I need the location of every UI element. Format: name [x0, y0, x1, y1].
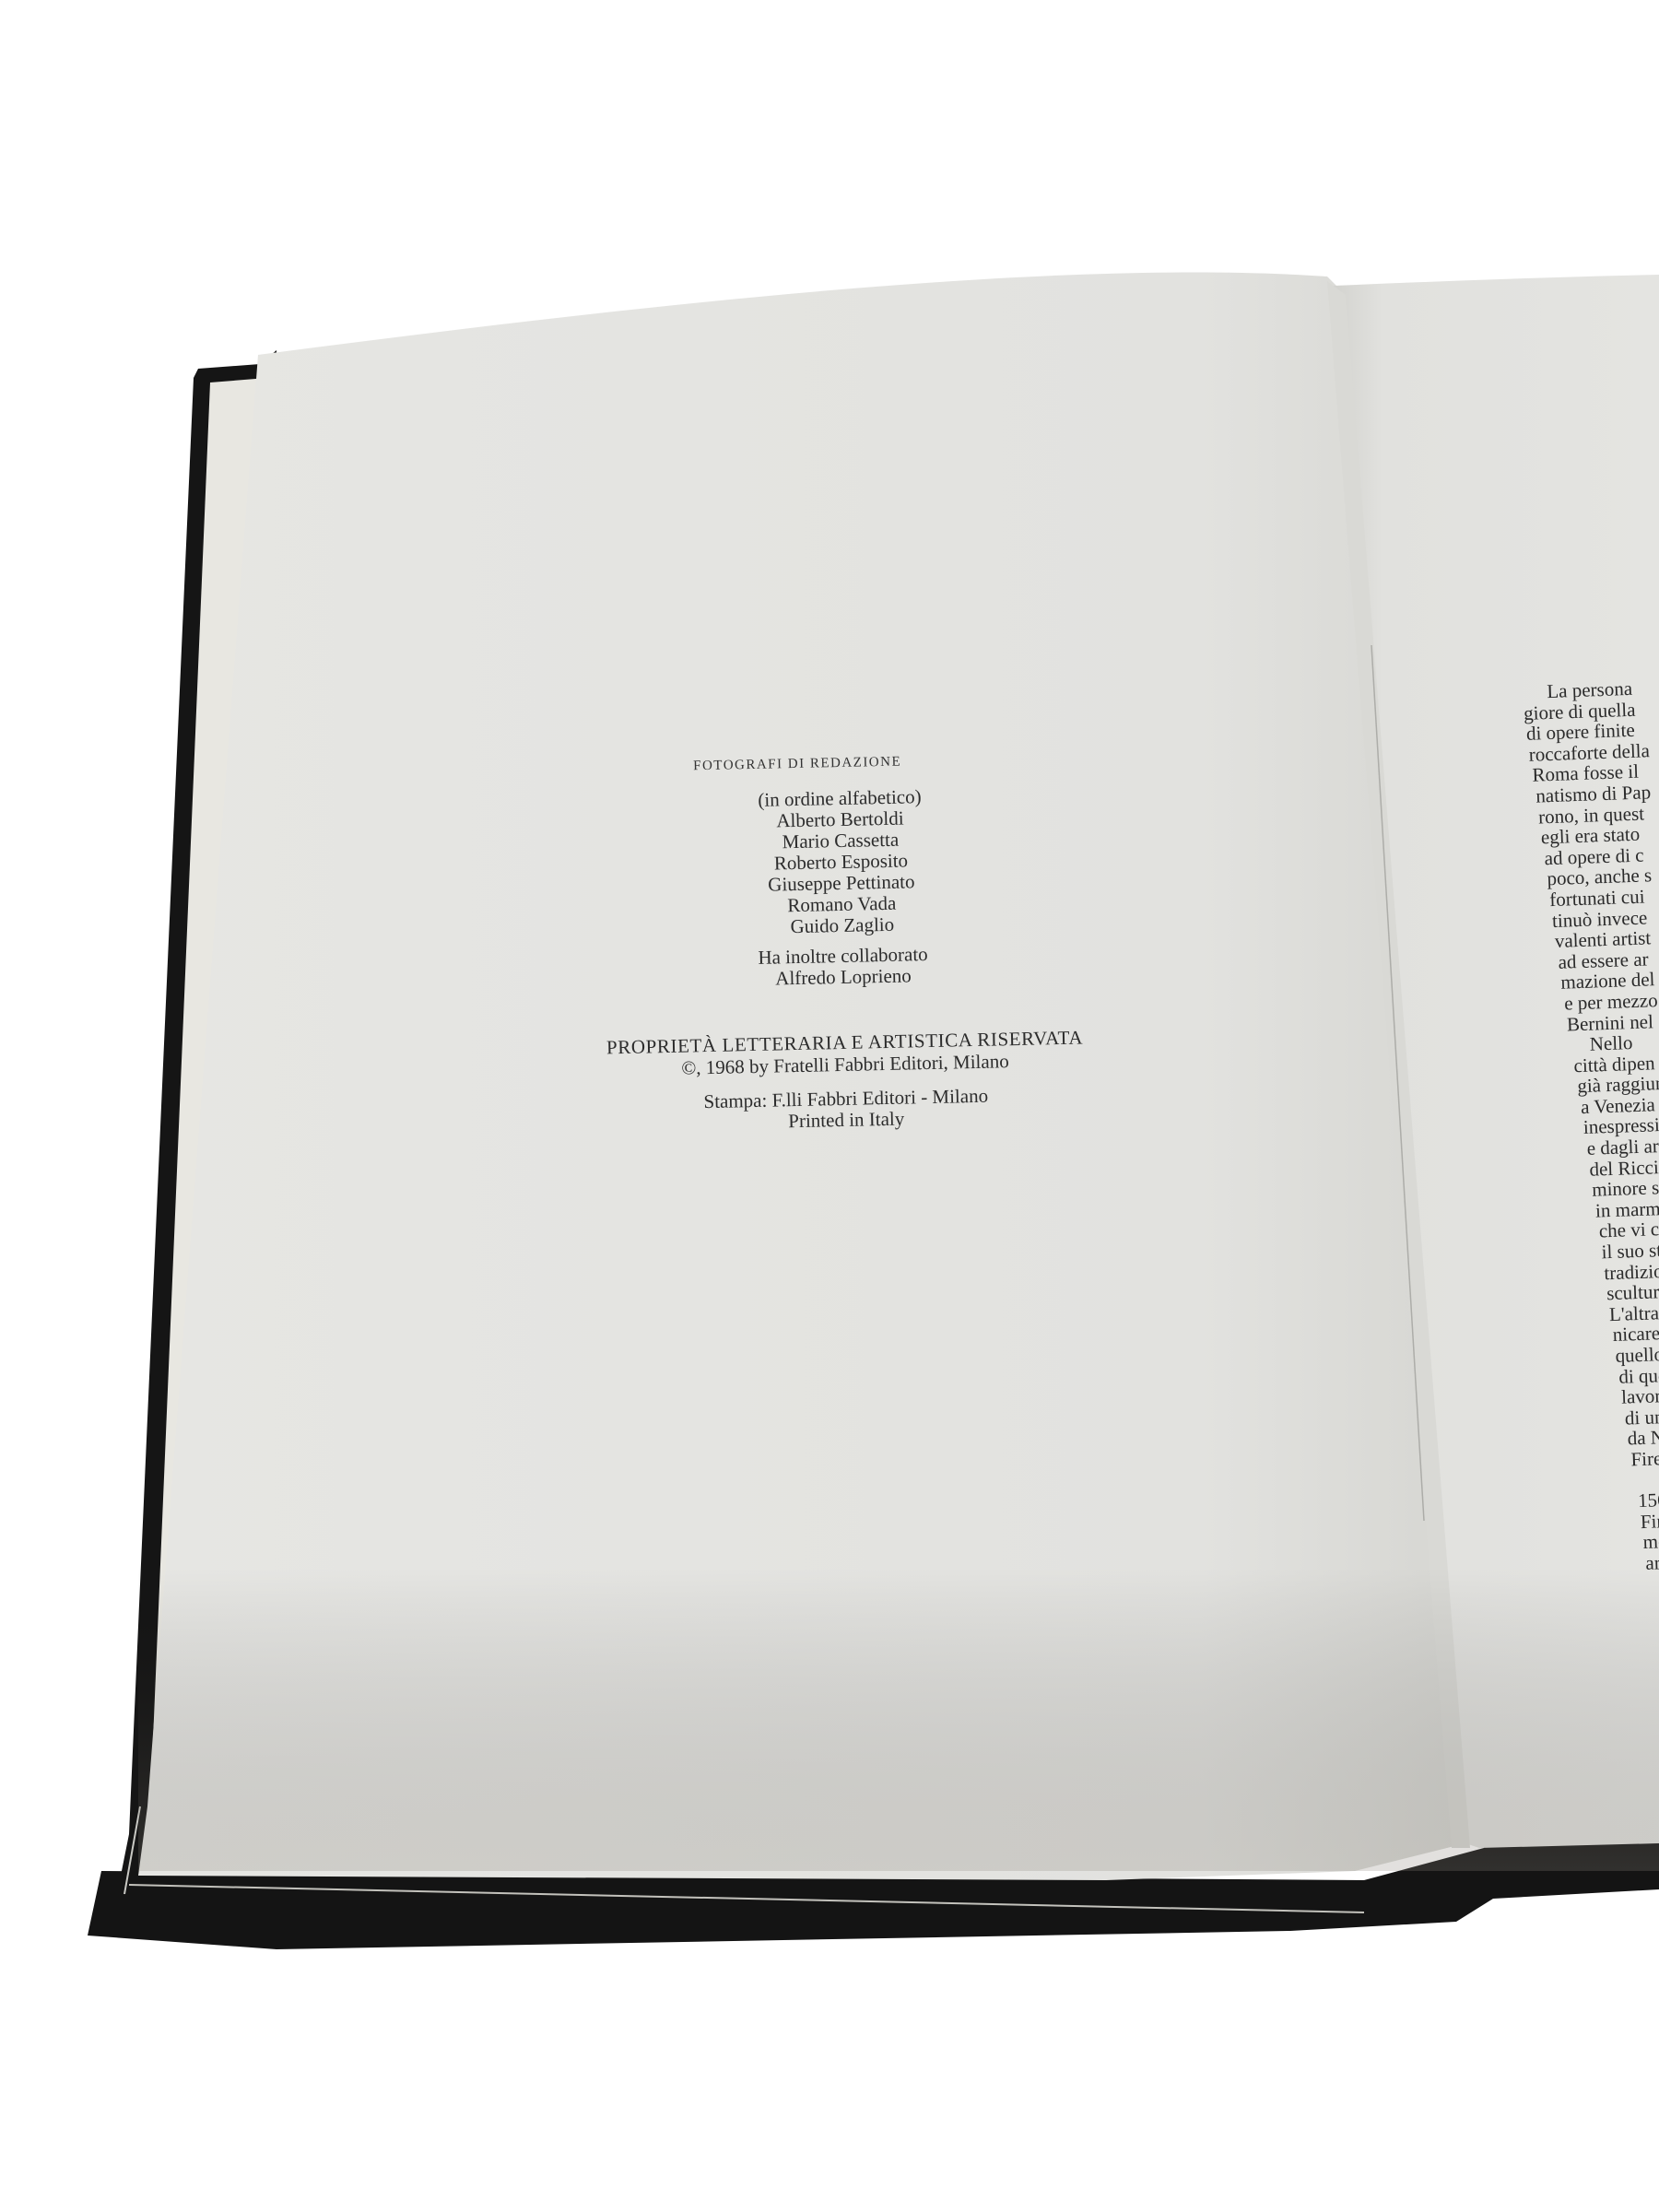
body-text-line: Firen: [1549, 1447, 1659, 1473]
body-text-line: arti: [1553, 1551, 1659, 1577]
body-text-line: molt: [1552, 1531, 1659, 1557]
colophon: FOTOGRAFI DI REDAZIONE (in ordine alfabe…: [553, 750, 1132, 1137]
book-photo: FOTOGRAFI DI REDAZIONE (in ordine alfabe…: [0, 0, 1659, 2212]
